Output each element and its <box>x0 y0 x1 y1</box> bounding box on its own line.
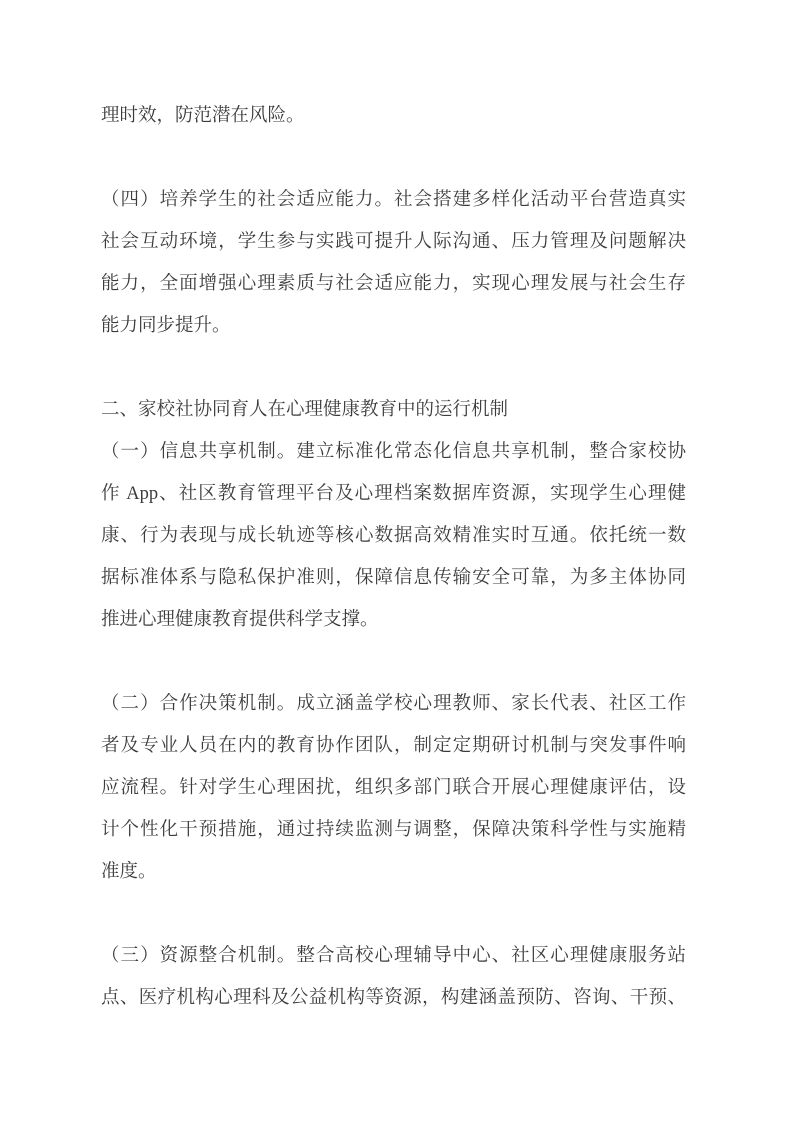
text-line: 能力同步提升。 <box>101 305 686 347</box>
text-line: 二、家校社协同育人在心理健康教育中的运行机制 <box>101 389 686 431</box>
text-line: 社会互动环境，学生参与实践可提升人际沟通、压力管理及问题解决 <box>101 221 686 263</box>
text-line: （二）合作决策机制。成立涵盖学校心理教师、家长代表、社区工作 <box>101 683 686 725</box>
text-line: 计个性化干预措施，通过持续监测与调整，保障决策科学性与实施精 <box>101 809 686 851</box>
document-content: 理时效，防范潜在风险。（四）培养学生的社会适应能力。社会搭建多样化活动平台营造真… <box>101 0 686 1019</box>
text-line: 理时效，防范潜在风险。 <box>101 95 686 137</box>
paragraph: （二）合作决策机制。成立涵盖学校心理教师、家长代表、社区工作者及专业人员在内的教… <box>101 683 686 893</box>
text-line: 应流程。针对学生心理困扰，组织多部门联合开展心理健康评估，设 <box>101 767 686 809</box>
text-line: 推进心理健康教育提供科学支撑。 <box>101 599 686 641</box>
text-line: （四）培养学生的社会适应能力。社会搭建多样化活动平台营造真实 <box>101 179 686 221</box>
paragraph: （三）资源整合机制。整合高校心理辅导中心、社区心理健康服务站点、医疗机构心理科及… <box>101 935 686 1019</box>
document-page: 理时效，防范潜在风险。（四）培养学生的社会适应能力。社会搭建多样化活动平台营造真… <box>0 0 793 1122</box>
paragraph: （四）培养学生的社会适应能力。社会搭建多样化活动平台营造真实社会互动环境，学生参… <box>101 179 686 347</box>
text-line: 准度。 <box>101 851 686 893</box>
text-line: 康、行为表现与成长轨迹等核心数据高效精准实时互通。依托统一数 <box>101 515 686 557</box>
text-line: 据标准体系与隐私保护准则，保障信息传输安全可靠，为多主体协同 <box>101 557 686 599</box>
paragraph: （一）信息共享机制。建立标准化常态化信息共享机制，整合家校协作 App、社区教育… <box>101 431 686 641</box>
text-line: （一）信息共享机制。建立标准化常态化信息共享机制，整合家校协 <box>101 431 686 473</box>
text-line: 点、医疗机构心理科及公益机构等资源，构建涵盖预防、咨询、干预、 <box>101 977 686 1019</box>
paragraph: 理时效，防范潜在风险。 <box>101 95 686 137</box>
section-heading: 二、家校社协同育人在心理健康教育中的运行机制 <box>101 389 686 431</box>
text-line: （三）资源整合机制。整合高校心理辅导中心、社区心理健康服务站 <box>101 935 686 977</box>
text-line: 能力，全面增强心理素质与社会适应能力，实现心理发展与社会生存 <box>101 263 686 305</box>
text-line: 作 App、社区教育管理平台及心理档案数据库资源，实现学生心理健 <box>101 473 686 515</box>
text-line: 者及专业人员在内的教育协作团队，制定定期研讨机制与突发事件响 <box>101 725 686 767</box>
